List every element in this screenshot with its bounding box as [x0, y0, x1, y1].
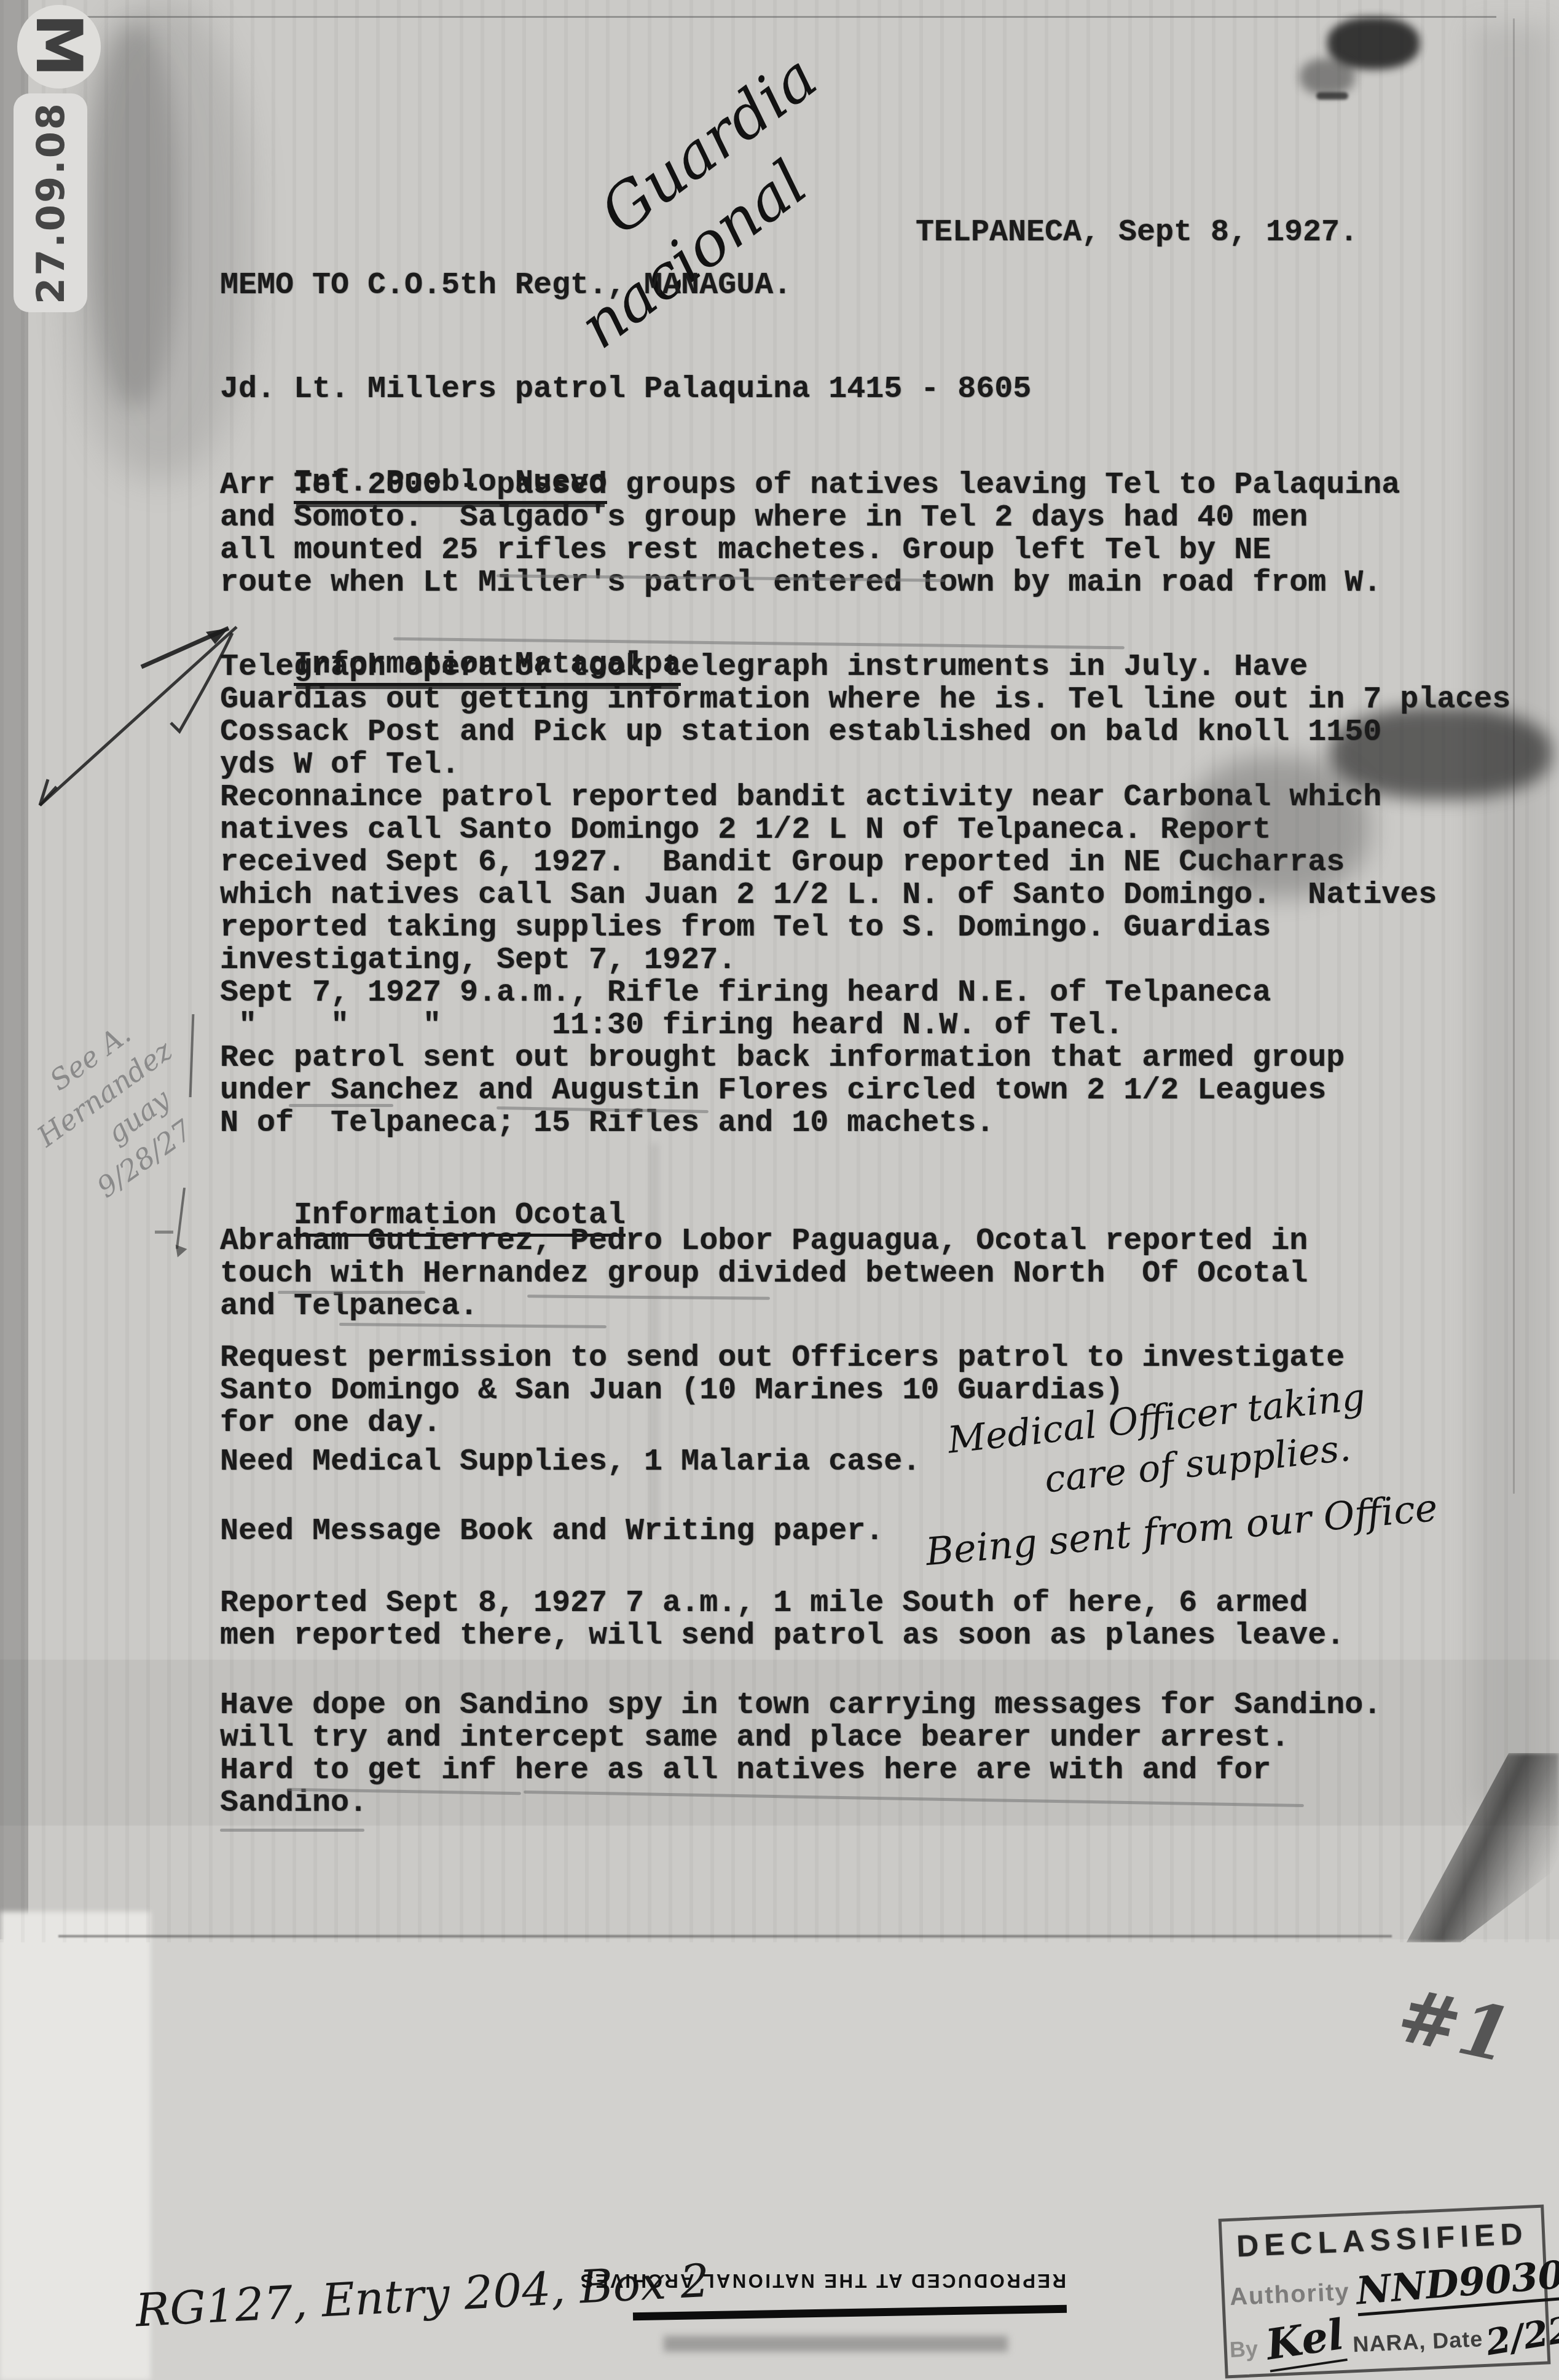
typed-line: Reconnaince patrol reported bandit activ… [220, 781, 1510, 814]
typed-line: " " " 11:30 firing heard N.W. of Tel. [220, 1009, 1510, 1042]
nara-date-label: NARA, Date [1353, 2326, 1484, 2357]
corner-code-sticker: 27.09.08 [14, 93, 87, 312]
typed-line: Telegraph operator took telegraph instru… [220, 651, 1510, 684]
typed-line: Request permission to send out Officers … [220, 1342, 1345, 1374]
corner-initial-badge: M [17, 5, 101, 89]
by-label: By [1229, 2336, 1259, 2362]
typed-line: Guardias out getting information where h… [220, 684, 1510, 716]
pencil-underline [278, 1291, 425, 1294]
typed-line: Arr Tel 2000 - passed groups of natives … [220, 469, 1400, 502]
memo-to-line: MEMO TO C.O.5th Regt., MANAGUA. [220, 269, 791, 302]
typed-line: N of Telpaneca; 15 Rifles and 10 machets… [220, 1107, 1510, 1140]
scan-bottomleft-patch [0, 1912, 151, 2380]
dateline: TELPANECA, Sept 8, 1927. [916, 216, 1358, 249]
paragraph-reported: Reported Sept 8, 1927 7 a.m., 1 mile Sou… [220, 1587, 1345, 1652]
typed-line: and Somoto. Salgado's group where in Tel… [220, 502, 1400, 534]
need-message-line: Need Message Book and Writing paper. [220, 1515, 884, 1548]
typed-line: yds W of Tel. [220, 749, 1510, 781]
typed-line: under Sanchez and Augustin Flores circle… [220, 1074, 1510, 1107]
authority-label: Authority [1229, 2278, 1350, 2310]
pencil-underline [289, 1104, 393, 1107]
ink-dash-topright [1316, 92, 1348, 100]
reproduced-stamp: REPRODUCED AT THE NATIONAL ARCHIVES [636, 2269, 1066, 2291]
page-top-edge [58, 16, 1496, 18]
ink-blot-topright-2 [1300, 58, 1355, 95]
typed-line: all mounted 25 rifles rest machetes. Gro… [220, 534, 1400, 567]
typed-line: received Sept 6, 1927. Bandit Group repo… [220, 846, 1510, 879]
declassified-stamp: DECLASSIFIED AuthorityNND903036 ByKelNAR… [1219, 2205, 1551, 2379]
paragraph-sandino: Have dope on Sandino spy in town carryin… [220, 1689, 1381, 1819]
ink-mottling-left-core [92, 25, 178, 406]
declassified-date: 2/22/91 [1483, 2298, 1559, 2363]
typed-line: touch with Hernandez group divided betwe… [220, 1258, 1308, 1290]
paragraph-ocotal: Abraham Gutierrez, Pedro Lobor Paguagua,… [220, 1225, 1308, 1323]
corner-initial: M [22, 14, 96, 77]
reproduced-stamp-smudge [664, 2336, 1008, 2352]
margin-arrow [12, 602, 270, 824]
typed-line: Hard to get inf here as all natives here… [220, 1754, 1381, 1787]
typed-line: investigating, Sept 7, 1927. [220, 944, 1510, 977]
scanned-memo-page: M 27.09.08 Guardia nacional TELPANECA, S… [0, 0, 1559, 2380]
typed-line: which natives call San Juan 2 1/2 L. N. … [220, 879, 1510, 912]
need-medical-line: Need Medical Supplies, 1 Malaria case. [220, 1446, 921, 1478]
typed-line: and Telpaneca. [220, 1290, 1308, 1323]
typed-line: will try and intercept same and place be… [220, 1722, 1381, 1754]
typed-line: Sept 7, 1927 9.a.m., Rifle firing heard … [220, 977, 1510, 1009]
typed-line: Have dope on Sandino spy in town carryin… [220, 1689, 1381, 1722]
corner-code: 27.09.08 [28, 101, 73, 304]
typed-line: Cossack Post and Pick up station establi… [220, 716, 1510, 749]
typed-line: Abraham Gutierrez, Pedro Lobor Paguagua,… [220, 1225, 1308, 1258]
paragraph-matagalpa: Telegraph operator took telegraph instru… [220, 651, 1510, 1140]
typed-line: men reported there, will send patrol as … [220, 1620, 1345, 1652]
typed-line: Reported Sept 8, 1927 7 a.m., 1 mile Sou… [220, 1587, 1345, 1620]
pencil-underline [220, 1829, 364, 1832]
typed-line: natives call Santo Domingo 2 1/2 L N of … [220, 814, 1510, 846]
reviewer-signature: Kel [1263, 2310, 1348, 2373]
typed-line: Rec patrol sent out brought back informa… [220, 1042, 1510, 1074]
typed-line: reported taking supplies from Tel to S. … [220, 912, 1510, 944]
page-bottom-edge [58, 1935, 1392, 1937]
typed-line: route when Lt Miller's patrol entered to… [220, 567, 1400, 599]
subject-line: Jd. Lt. Millers patrol Palaquina 1415 - … [220, 373, 1031, 406]
margin-dash [155, 1231, 173, 1234]
